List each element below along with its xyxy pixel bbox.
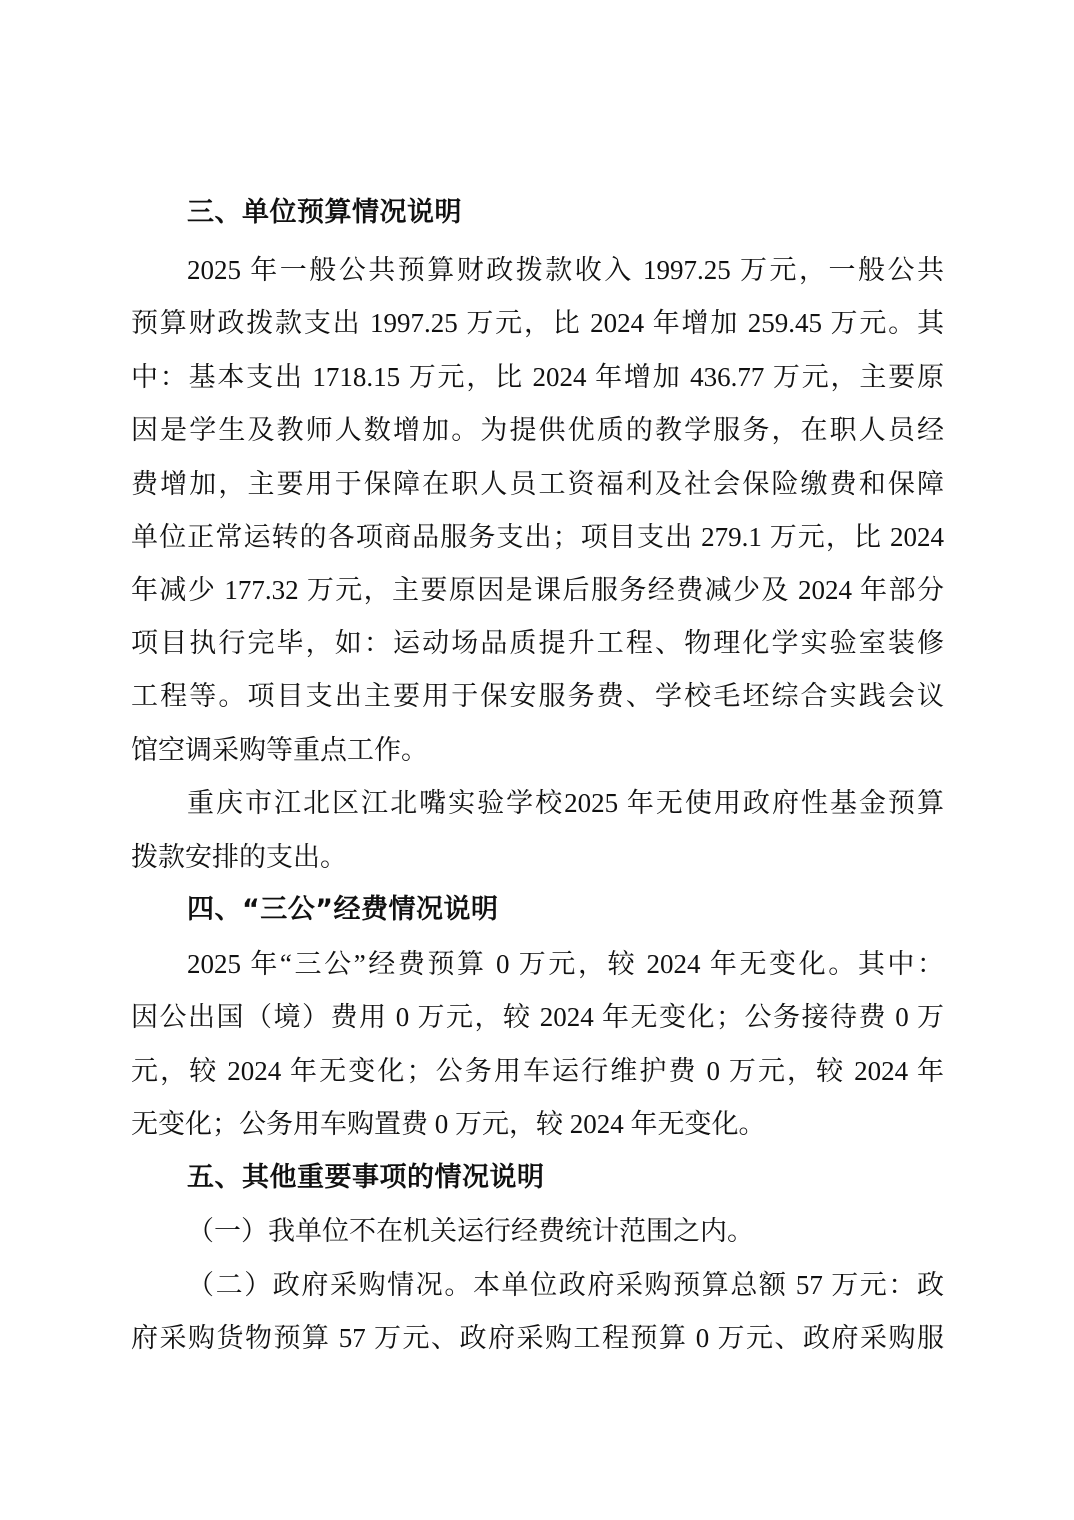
paragraph-line: 项目执行完毕，如：运动场品质提升工程、物理化学实验室装修 [131, 623, 944, 663]
paragraph-line: （一）我单位不在机关运行经费统计范围之内。 [187, 1211, 944, 1251]
paragraph-line: 府采购货物预算 57 万元、政府采购工程预算 0 万元、政府采购服 [131, 1318, 944, 1358]
paragraph-line: 费增加，主要用于保障在职人员工资福利及社会保险缴费和保障 [131, 464, 944, 504]
paragraph-line: 无变化；公务用车购置费 0 万元，较 2024 年无变化。 [131, 1104, 944, 1144]
paragraph-line: 年减少 177.32 万元，主要原因是课后服务经费减少及 2024 年部分 [131, 570, 944, 610]
section-heading-other-matters: 五、其他重要事项的情况说明 [187, 1158, 545, 1198]
paragraph-line: 拨款安排的支出。 [131, 837, 944, 877]
paragraph-line: 单位正常运转的各项商品服务支出；项目支出 279.1 万元，比 2024 [131, 517, 944, 557]
document-page: 三、单位预算情况说明 2025 年一般公共预算财政拨款收入 1997.25 万元… [0, 0, 1074, 1520]
paragraph-line: 2025 年一般公共预算财政拨款收入 1997.25 万元，一般公共 [187, 250, 944, 290]
paragraph-line: 因公出国（境）费用 0 万元，较 2024 年无变化；公务接待费 0 万 [131, 997, 944, 1037]
paragraph-line: （二）政府采购情况。本单位政府采购预算总额 57 万元：政 [187, 1265, 944, 1305]
paragraph-line: 预算财政拨款支出 1997.25 万元，比 2024 年增加 259.45 万元… [131, 303, 944, 343]
paragraph-line: 元，较 2024 年无变化；公务用车运行维护费 0 万元，较 2024 年 [131, 1051, 944, 1091]
paragraph-line: 2025 年“三公”经费预算 0 万元，较 2024 年无变化。其中： [187, 944, 944, 984]
paragraph-line: 因是学生及教师人数增加。为提供优质的教学服务，在职人员经 [131, 410, 944, 450]
section-heading-budget: 三、单位预算情况说明 [187, 193, 462, 233]
paragraph-line: 馆空调采购等重点工作。 [131, 730, 944, 770]
section-heading-three-public-expenses: 四、“三公”经费情况说明 [187, 890, 499, 930]
paragraph-line: 工程等。项目支出主要用于保安服务费、学校毛坯综合实践会议 [131, 676, 944, 716]
paragraph-line: 中：基本支出 1718.15 万元，比 2024 年增加 436.77 万元，主… [131, 357, 944, 397]
paragraph-line: 重庆市江北区江北嘴实验学校2025 年无使用政府性基金预算 [187, 783, 944, 823]
